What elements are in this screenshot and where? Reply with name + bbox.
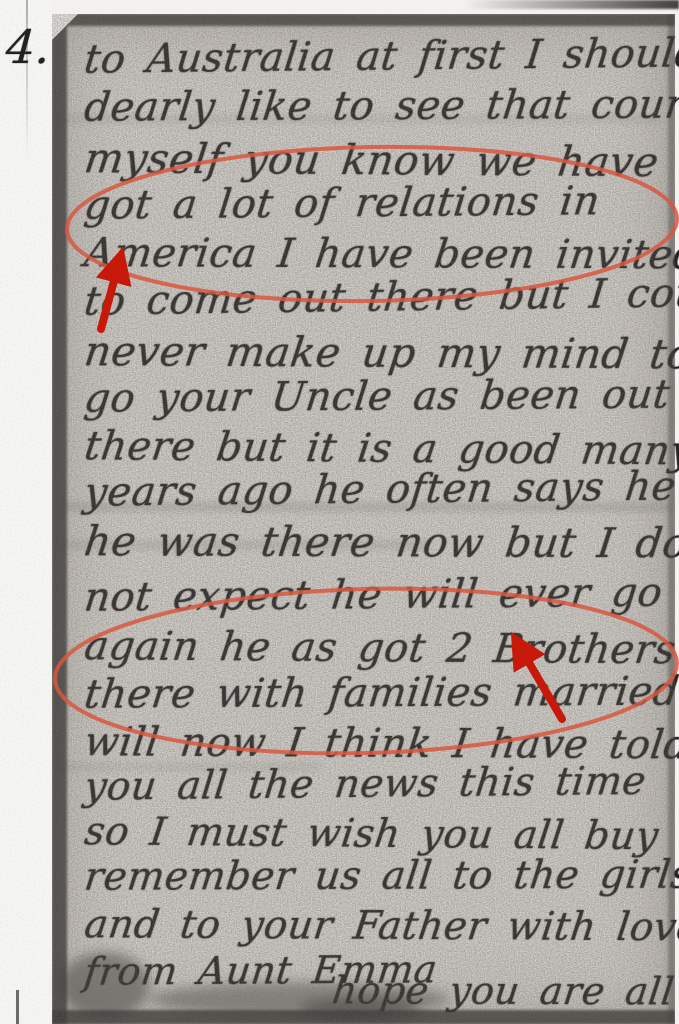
page-number: 4. (4, 20, 52, 74)
scan-line-artifact (16, 990, 19, 1024)
scanned-letter-page: 4. to Australia at first I should dearly… (0, 0, 679, 1024)
letter-line-closing: hope you are all well (330, 968, 679, 1014)
letter-line: dearly like to see that country (82, 83, 679, 130)
letter-line: years ago he often says he wish (82, 464, 679, 515)
letter-line: so I must wish you all buy (82, 810, 661, 859)
letter-line: go your Uncle as been out (82, 373, 672, 421)
scan-edge-left (52, 14, 67, 1024)
letter-line: he was there now but I do (82, 519, 679, 565)
letter-line: again he as got 2 Brothers (82, 624, 678, 672)
letter-line: myself you know we have (82, 136, 661, 184)
letter-line: you all the news this time (82, 760, 648, 810)
letter-line: and to your Father with love (82, 903, 679, 950)
letter-line: America I have been invited (82, 231, 679, 277)
letter-line: to come out there but I could (82, 271, 679, 324)
letter-line: never make up my mind to (82, 329, 679, 376)
letter-line: remember us all to the girls (82, 854, 679, 900)
scan-streak (462, 0, 679, 9)
letter-line: to Australia at first I should (82, 32, 679, 82)
letter-line: there with families married (82, 670, 679, 717)
letter-line: not expect he will ever go (82, 571, 665, 620)
letter-line: got a lot of relations in (82, 180, 602, 228)
scan-edge-top (52, 14, 675, 26)
